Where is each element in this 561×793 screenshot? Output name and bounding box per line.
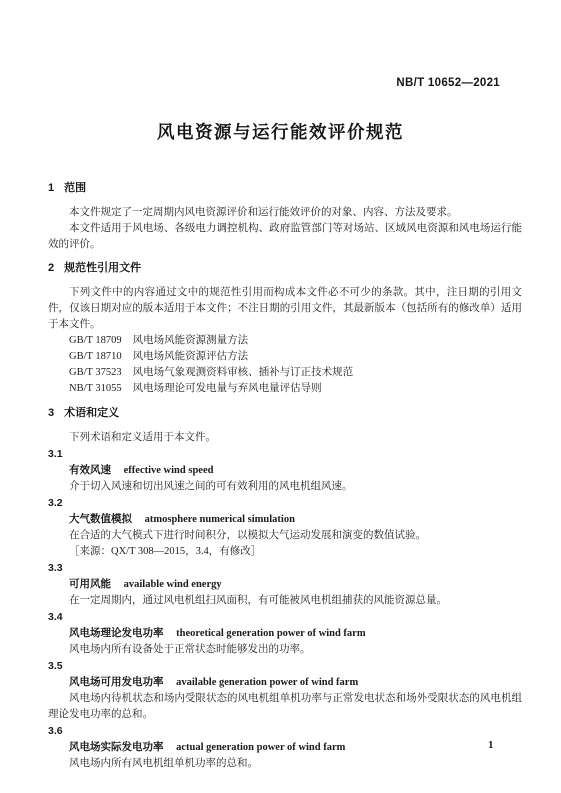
term-clause: 3.4 风电场理论发电功率 theoretical generation pow… [48, 609, 522, 658]
section-heading-scope: 1 范围 [48, 180, 522, 196]
term-clause: 3.5 风电场可用发电功率 available generation power… [48, 658, 522, 723]
clause-number: 3.6 [48, 723, 522, 739]
standard-code: NB/T 10652—2021 [396, 77, 500, 89]
reference-item: GB/T 18710 风电场风能资源评估方法 [48, 349, 522, 365]
term-chinese: 有效风速 [69, 464, 111, 476]
term-line: 风电场实际发电功率 actual generation power of win… [48, 739, 522, 756]
term-english: actual generation power of wind farm [176, 742, 345, 753]
reference-item: GB/T 37523 风电场气象观测资料审核、插补与订正技术规范 [48, 365, 522, 381]
clause-number: 3.2 [48, 495, 522, 511]
term-english: atmosphere numerical simulation [145, 514, 295, 525]
reference-item: NB/T 31055 风电场理论可发电量与弃风电量评估导则 [48, 381, 522, 397]
term-clause: 3.2 大气数值模拟 atmosphere numerical simulati… [48, 495, 522, 560]
term-english: theoretical generation power of wind far… [176, 628, 365, 639]
section-number: 1 [48, 180, 54, 196]
reference-title: 风电场风能资源评估方法 [133, 349, 249, 365]
section-number: 2 [48, 260, 54, 276]
document-title: 风电资源与运行能效评价规范 [0, 119, 561, 144]
term-chinese: 风电场实际发电功率 [69, 741, 164, 753]
reference-title: 风电场风能资源测量方法 [133, 333, 249, 349]
reference-code: NB/T 31055 [69, 381, 122, 397]
reference-item: GB/T 18709 风电场风能资源测量方法 [48, 333, 522, 349]
term-english: effective wind speed [124, 465, 214, 476]
clause-number: 3.5 [48, 658, 522, 674]
section-number: 3 [48, 405, 54, 421]
clause-number: 3.4 [48, 609, 522, 625]
section-heading-normative-references: 2 规范性引用文件 [48, 260, 522, 276]
reference-title: 风电场气象观测资料审核、插补与订正技术规范 [133, 365, 354, 381]
term-definition: 介于切入风速和切出风速之间的可有效利用的风电机组风速。 [48, 479, 522, 495]
term-chinese: 风电场理论发电功率 [69, 627, 164, 639]
section-title: 规范性引用文件 [64, 260, 141, 276]
reference-title: 风电场理论可发电量与弃风电量评估导则 [133, 381, 322, 397]
term-line: 可用风能 available wind energy [48, 576, 522, 593]
term-line: 风电场理论发电功率 theoretical generation power o… [48, 625, 522, 642]
scope-paragraph: 本文件适用于风电场、各级电力调控机构、政府监管部门等对场站、区域风电资源和风电场… [48, 221, 522, 253]
term-definition: 在合适的大气模式下进行时间积分，以模拟大气运动发展和演变的数值试验。 [48, 528, 522, 544]
reference-code: GB/T 18709 [69, 333, 122, 349]
document-body: 1 范围 本文件规定了一定周期内风电资源评价和运行能效评价的对象、内容、方法及要… [48, 175, 522, 772]
reference-code: GB/T 37523 [69, 365, 122, 381]
scope-paragraph: 本文件规定了一定周期内风电资源评价和运行能效评价的对象、内容、方法及要求。 [48, 205, 522, 221]
term-definition: 风电场内所有风电机组单机功率的总和。 [48, 756, 522, 772]
document-page: NB/T 10652—2021 风电资源与运行能效评价规范 1 范围 本文件规定… [0, 0, 561, 793]
section-title: 术语和定义 [64, 405, 119, 421]
term-source: ［来源：QX/T 308—2015，3.4，有修改］ [48, 544, 522, 560]
page-number: 1 [488, 739, 494, 751]
term-chinese: 可用风能 [69, 578, 111, 590]
reference-code: GB/T 18710 [69, 349, 122, 365]
section-heading-terms: 3 术语和定义 [48, 405, 522, 421]
term-line: 大气数值模拟 atmosphere numerical simulation [48, 511, 522, 528]
term-line: 风电场可用发电功率 available generation power of … [48, 674, 522, 691]
section-title: 范围 [64, 180, 86, 196]
term-clause: 3.3 可用风能 available wind energy 在一定周期内，通过… [48, 560, 522, 609]
term-chinese: 大气数值模拟 [69, 513, 132, 525]
term-definition: 风电场内所有设备处于正常状态时能够发出的功率。 [48, 642, 522, 658]
term-definition: 风电场内待机状态和场内受限状态的风电机组单机功率与正常发电状态和场外受限状态的风… [48, 691, 522, 723]
term-clause: 3.1 有效风速 effective wind speed 介于切入风速和切出风… [48, 446, 522, 495]
terms-intro: 下列术语和定义适用于本文件。 [48, 430, 522, 446]
normative-references-intro: 下列文件中的内容通过文中的规范性引用而构成本文件必不可少的条款。其中，注日期的引… [48, 285, 522, 333]
clause-number: 3.3 [48, 560, 522, 576]
term-definition: 在一定周期内，通过风电机组扫风面积，有可能被风电机组捕获的风能资源总量。 [48, 593, 522, 609]
term-line: 有效风速 effective wind speed [48, 462, 522, 479]
term-english: available wind energy [124, 579, 222, 590]
term-clause: 3.6 风电场实际发电功率 actual generation power of… [48, 723, 522, 772]
clause-number: 3.1 [48, 446, 522, 462]
term-chinese: 风电场可用发电功率 [69, 676, 164, 688]
term-english: available generation power of wind farm [176, 677, 358, 688]
